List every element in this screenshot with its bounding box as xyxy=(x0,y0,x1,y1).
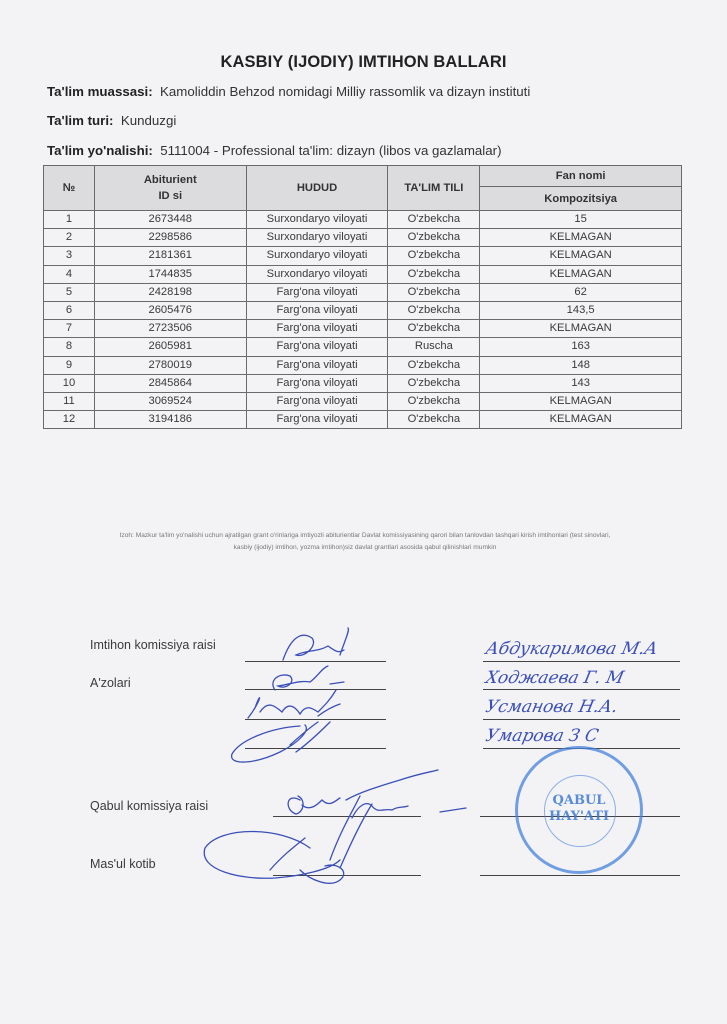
cell-no: 9 xyxy=(44,356,95,374)
name-line xyxy=(480,875,680,876)
cell-score: 163 xyxy=(480,338,682,356)
cell-language: O'zbekcha xyxy=(388,247,480,265)
cell-applicant-id: 2723506 xyxy=(94,320,246,338)
cell-region: Farg'ona viloyati xyxy=(246,374,388,392)
cell-no: 8 xyxy=(44,338,95,356)
cell-language: O'zbekcha xyxy=(388,265,480,283)
cell-region: Farg'ona viloyati xyxy=(246,320,388,338)
cell-no: 6 xyxy=(44,301,95,319)
cell-score: 143 xyxy=(480,374,682,392)
institution-label: Ta'lim muassasi: xyxy=(47,84,153,99)
header-subject-group: Fan nomi xyxy=(480,166,682,187)
handwritten-name: Ходжаева Г. М xyxy=(484,668,626,688)
cell-applicant-id: 2428198 xyxy=(94,283,246,301)
cell-applicant-id: 2780019 xyxy=(94,356,246,374)
cell-no: 11 xyxy=(44,392,95,410)
signature-line xyxy=(245,661,386,662)
header-region: HUDUD xyxy=(246,166,388,211)
cell-language: O'zbekcha xyxy=(388,283,480,301)
cell-score: 143,5 xyxy=(480,301,682,319)
cell-language: Ruscha xyxy=(388,338,480,356)
cell-applicant-id: 2181361 xyxy=(94,247,246,265)
cell-applicant-id: 2845864 xyxy=(94,374,246,392)
table-row: 22298586Surxondaryo viloyatiO'zbekchaKEL… xyxy=(44,229,682,247)
study-form-label: Ta'lim turi: xyxy=(47,113,113,128)
admission-chair-label: Qabul komissiya raisi xyxy=(90,799,208,813)
cell-language: O'zbekcha xyxy=(388,211,480,229)
table-row: 41744835Surxondaryo viloyatiO'zbekchaKEL… xyxy=(44,265,682,283)
members-label: A'zolari xyxy=(90,676,131,690)
cell-applicant-id: 1744835 xyxy=(94,265,246,283)
cell-score: 62 xyxy=(480,283,682,301)
scores-table: № Abiturient ID si HUDUD TA'LIM TILI Fan… xyxy=(43,165,682,429)
cell-language: O'zbekcha xyxy=(388,320,480,338)
cell-applicant-id: 2298586 xyxy=(94,229,246,247)
footnote-line2: kasbiy (ijodiy) imtihon, yozma imtihon)s… xyxy=(40,542,690,554)
table-row: 123194186Farg'ona viloyatiO'zbekchaKELMA… xyxy=(44,411,682,429)
name-line xyxy=(483,719,680,720)
scores-table-body: 12673448Surxondaryo viloyatiO'zbekcha152… xyxy=(44,211,682,429)
header-applicant-id-line2: ID si xyxy=(95,190,246,202)
direction-label: Ta'lim yo'nalishi: xyxy=(47,143,153,158)
header-applicant-id-line1: Abiturient xyxy=(95,174,246,186)
cell-region: Surxondaryo viloyati xyxy=(246,247,388,265)
cell-no: 5 xyxy=(44,283,95,301)
handwritten-name: Усманова Н.А. xyxy=(484,697,620,717)
cell-language: O'zbekcha xyxy=(388,411,480,429)
handwritten-name: Умарова З С xyxy=(484,726,600,746)
direction-value: 5111004 - Professional ta'lim: dizayn (l… xyxy=(160,143,501,158)
cell-score: KELMAGAN xyxy=(480,411,682,429)
exam-chair-label: Imtihon komissiya raisi xyxy=(90,638,216,652)
secretary-label: Mas'ul kotib xyxy=(90,857,156,871)
cell-region: Surxondaryo viloyati xyxy=(246,265,388,283)
exam-chair-signature xyxy=(283,628,348,660)
cell-language: O'zbekcha xyxy=(388,356,480,374)
cell-region: Surxondaryo viloyati xyxy=(246,211,388,229)
cell-score: KELMAGAN xyxy=(480,247,682,265)
cell-applicant-id: 2673448 xyxy=(94,211,246,229)
direction-line: Ta'lim yo'nalishi: 5111004 - Professiona… xyxy=(47,143,502,158)
cell-score: KELMAGAN xyxy=(480,229,682,247)
name-line xyxy=(483,689,680,690)
cell-score: 15 xyxy=(480,211,682,229)
cell-region: Farg'ona viloyati xyxy=(246,283,388,301)
cell-score: KELMAGAN xyxy=(480,265,682,283)
study-form-line: Ta'lim turi: Kunduzgi xyxy=(47,113,176,128)
cell-region: Farg'ona viloyati xyxy=(246,356,388,374)
cell-applicant-id: 2605476 xyxy=(94,301,246,319)
cell-score: KELMAGAN xyxy=(480,392,682,410)
name-line xyxy=(483,661,680,662)
cell-no: 3 xyxy=(44,247,95,265)
cell-no: 12 xyxy=(44,411,95,429)
signature-line xyxy=(245,748,386,749)
table-row: 52428198Farg'ona viloyatiO'zbekcha62 xyxy=(44,283,682,301)
cell-score: KELMAGAN xyxy=(480,320,682,338)
table-row: 12673448Surxondaryo viloyatiO'zbekcha15 xyxy=(44,211,682,229)
cell-region: Farg'ona viloyati xyxy=(246,301,388,319)
cell-language: O'zbekcha xyxy=(388,374,480,392)
institution-line: Ta'lim muassasi: Kamoliddin Behzod nomid… xyxy=(47,84,530,99)
table-row: 92780019Farg'ona viloyatiO'zbekcha148 xyxy=(44,356,682,374)
signature-line xyxy=(245,689,386,690)
cell-language: O'zbekcha xyxy=(388,301,480,319)
study-form-value: Kunduzgi xyxy=(121,113,176,128)
table-row: 32181361Surxondaryo viloyatiO'zbekchaKEL… xyxy=(44,247,682,265)
document-page: KASBIY (IJODIY) IMTIHON BALLARI Ta'lim m… xyxy=(0,0,727,1024)
cell-applicant-id: 3194186 xyxy=(94,411,246,429)
cell-no: 7 xyxy=(44,320,95,338)
table-row: 72723506Farg'ona viloyatiO'zbekchaKELMAG… xyxy=(44,320,682,338)
table-row: 62605476Farg'ona viloyatiO'zbekcha143,5 xyxy=(44,301,682,319)
table-row: 102845864Farg'ona viloyatiO'zbekcha143 xyxy=(44,374,682,392)
cell-applicant-id: 2605981 xyxy=(94,338,246,356)
signature-line xyxy=(245,719,386,720)
cell-region: Farg'ona viloyati xyxy=(246,392,388,410)
cell-language: O'zbekcha xyxy=(388,229,480,247)
header-no: № xyxy=(44,166,95,211)
cell-score: 148 xyxy=(480,356,682,374)
cell-no: 1 xyxy=(44,211,95,229)
table-row: 82605981Farg'ona viloyatiRuscha163 xyxy=(44,338,682,356)
header-applicant-id: Abiturient ID si xyxy=(94,166,246,211)
institution-value: Kamoliddin Behzod nomidagi Milliy rassom… xyxy=(160,84,530,99)
document-title: KASBIY (IJODIY) IMTIHON BALLARI xyxy=(0,53,727,72)
cell-region: Farg'ona viloyati xyxy=(246,411,388,429)
signature-line xyxy=(273,875,421,876)
cell-region: Surxondaryo viloyati xyxy=(246,229,388,247)
handwritten-name: Абдукаримова М.А xyxy=(484,639,660,659)
cell-region: Farg'ona viloyati xyxy=(246,338,388,356)
cell-applicant-id: 3069524 xyxy=(94,392,246,410)
cell-no: 2 xyxy=(44,229,95,247)
signature-line xyxy=(273,816,421,817)
stamp-text-line2: HAY'ATI xyxy=(518,809,640,824)
cell-no: 10 xyxy=(44,374,95,392)
header-language: TA'LIM TILI xyxy=(388,166,480,211)
cell-language: O'zbekcha xyxy=(388,392,480,410)
stamp-text-line1: QABUL xyxy=(518,793,640,808)
table-row: 113069524Farg'ona viloyatiO'zbekchaKELMA… xyxy=(44,392,682,410)
footnote-line1: Izoh: Mazkur ta'lim yo'nalishi uchun ajr… xyxy=(40,530,690,542)
header-subject: Kompozitsiya xyxy=(480,187,682,211)
cell-no: 4 xyxy=(44,265,95,283)
footnote: Izoh: Mazkur ta'lim yo'nalishi uchun ajr… xyxy=(40,530,690,554)
official-stamp: QABUL HAY'ATI xyxy=(515,746,643,874)
